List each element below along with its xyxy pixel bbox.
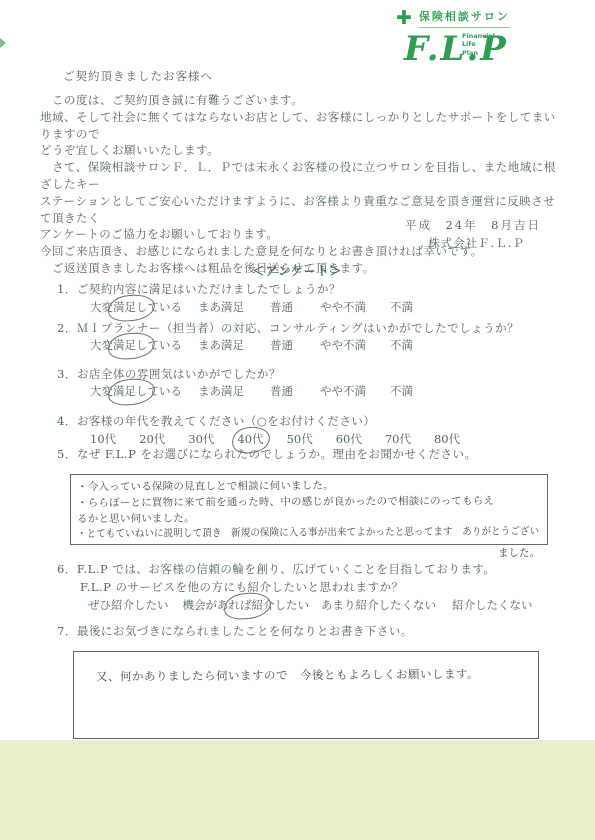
- selection-circle: れば紹: [229, 597, 264, 613]
- tagline-line: Plan: [462, 49, 478, 57]
- question-4-options: 10代 20代 30代 40代 50代 60代 70代 80代: [90, 431, 460, 447]
- date-line: 平成 24年 8月吉日: [0, 217, 541, 233]
- question-2-options: 大変満足している まあ満足 普通 やや不満 不満: [90, 337, 413, 353]
- option-recommend-if-chance: 機会があれば紹介したい: [183, 597, 310, 613]
- option-age-80s: 80代: [434, 431, 460, 447]
- logo-brand-row: F.L.P Financial Life Plan: [396, 29, 566, 69]
- option-somewhat-dissatisfied: やや不満: [320, 337, 366, 353]
- question-5-label: 5．なぜ F.L.P をお選びになられたのでしょうか。理由をお聞かせください。: [57, 446, 477, 462]
- option-rather-not-recommend: あまり紹介したくない: [321, 597, 436, 613]
- option-age-40s-selected: 40代: [237, 431, 263, 447]
- plus-icon: ✚: [396, 9, 412, 28]
- logo-salon-label: 保険相談サロン: [419, 8, 510, 28]
- option-definitely-recommend: ぜひ紹介したい: [88, 597, 169, 613]
- option-very-satisfied: 大変満足している: [90, 299, 182, 315]
- option-age-70s: 70代: [385, 431, 411, 447]
- logo-tagline: Financial Life Plan: [462, 32, 495, 57]
- question-6-options: ぜひ紹介したい 機会があれば紹介したい あまり紹介したくない 紹介したくない: [88, 597, 533, 613]
- option-neutral: 普通: [270, 337, 293, 353]
- letter-line: さて、保険相談サロンＦ．Ｌ．Ｐでは末永くお客様の役に立つサロンを目指し、また地域…: [40, 159, 560, 193]
- selection-circle: 満足し: [113, 299, 148, 315]
- option-neutral: 普通: [270, 299, 293, 315]
- option-age-30s: 30代: [188, 431, 214, 447]
- question-3-options: 大変満足している まあ満足 普通 やや不満 不満: [90, 383, 413, 399]
- letter-line: どうぞ宜しくお願いいたします。: [40, 142, 560, 159]
- survey-document-page: ✚ 保険相談サロン F.L.P Financial Life Plan ご契約頂…: [0, 0, 595, 840]
- corner-accent-icon: [0, 38, 6, 48]
- question-5-answer-box: ・今入っている保険の見直しとで相談に伺いました。 ・ららぽーとに買物に来て前を通…: [70, 474, 548, 545]
- question-3-label: 3．お店全体の雰囲気はいかがでしたか？: [57, 366, 281, 382]
- option-somewhat-dissatisfied: やや不満: [320, 383, 366, 399]
- option-satisfied: まあ満足: [198, 383, 244, 399]
- salutation: ご契約頂きましたお客様へ: [63, 68, 213, 84]
- handwritten-answer: 又、何かありましたら伺いますので 今後ともよろしくお願いします。: [96, 665, 538, 684]
- option-very-satisfied: 大変満足している: [90, 383, 182, 399]
- question-1-options: 大変満足している まあ満足 普通 やや不満 不満: [90, 299, 413, 315]
- handwritten-line: ・とてもていねいに説明して頂き 新規の保険に入る事が出来てよかったと思ってます …: [77, 524, 500, 542]
- option-age-10s: 10代: [90, 431, 116, 447]
- logo-header: ✚ 保険相談サロン: [396, 8, 566, 28]
- option-dissatisfied: 不満: [390, 299, 413, 315]
- footer-green-band: [0, 740, 595, 840]
- tagline-line: Life: [462, 40, 476, 48]
- letter-line: 地域、そして社会に無くてはならないお店として、お客様にしっかりとしたサポートをし…: [40, 109, 560, 143]
- question-4-label: 4．お客様の年代を教えてください（○をお付けください）: [57, 413, 375, 429]
- company-name: 株式会社Ｆ.Ｌ.Ｐ: [0, 235, 525, 251]
- selection-circle: 満足し: [113, 383, 148, 399]
- option-age-50s: 50代: [287, 431, 313, 447]
- tagline-line: Financial: [462, 32, 495, 40]
- option-age-20s: 20代: [139, 431, 165, 447]
- option-dissatisfied: 不満: [390, 383, 413, 399]
- flp-logo: ✚ 保険相談サロン F.L.P Financial Life Plan: [396, 8, 566, 69]
- survey-heading: ＜アンケート＞: [0, 262, 595, 279]
- option-very-satisfied: 大変満足している: [90, 337, 182, 353]
- selection-circle: 満足し: [113, 337, 148, 353]
- option-somewhat-dissatisfied: やや不満: [320, 299, 366, 315]
- question-1-label: 1．ご契約内容に満足はいただけましたでしょうか？: [57, 281, 341, 297]
- option-neutral: 普通: [270, 383, 293, 399]
- option-not-recommend: 紹介したくない: [452, 597, 533, 613]
- letter-line: この度は、ご契約頂き誠に有難うございます。: [40, 92, 560, 109]
- option-satisfied: まあ満足: [198, 337, 244, 353]
- option-dissatisfied: 不満: [390, 337, 413, 353]
- question-7-answer-box: 又、何かありましたら伺いますので 今後ともよろしくお願いします。: [73, 651, 539, 739]
- question-7-label: 7．最後にお気づきになられましたことを何なりとお書き下さい。: [57, 623, 413, 639]
- option-age-60s: 60代: [336, 431, 362, 447]
- question-6-label-line1: 6．F.L.P では、お客様の信頼の輪を創り、広げていくことを目指しております。: [57, 561, 495, 577]
- handwritten-overflow: ました。: [498, 545, 540, 560]
- option-satisfied: まあ満足: [198, 299, 244, 315]
